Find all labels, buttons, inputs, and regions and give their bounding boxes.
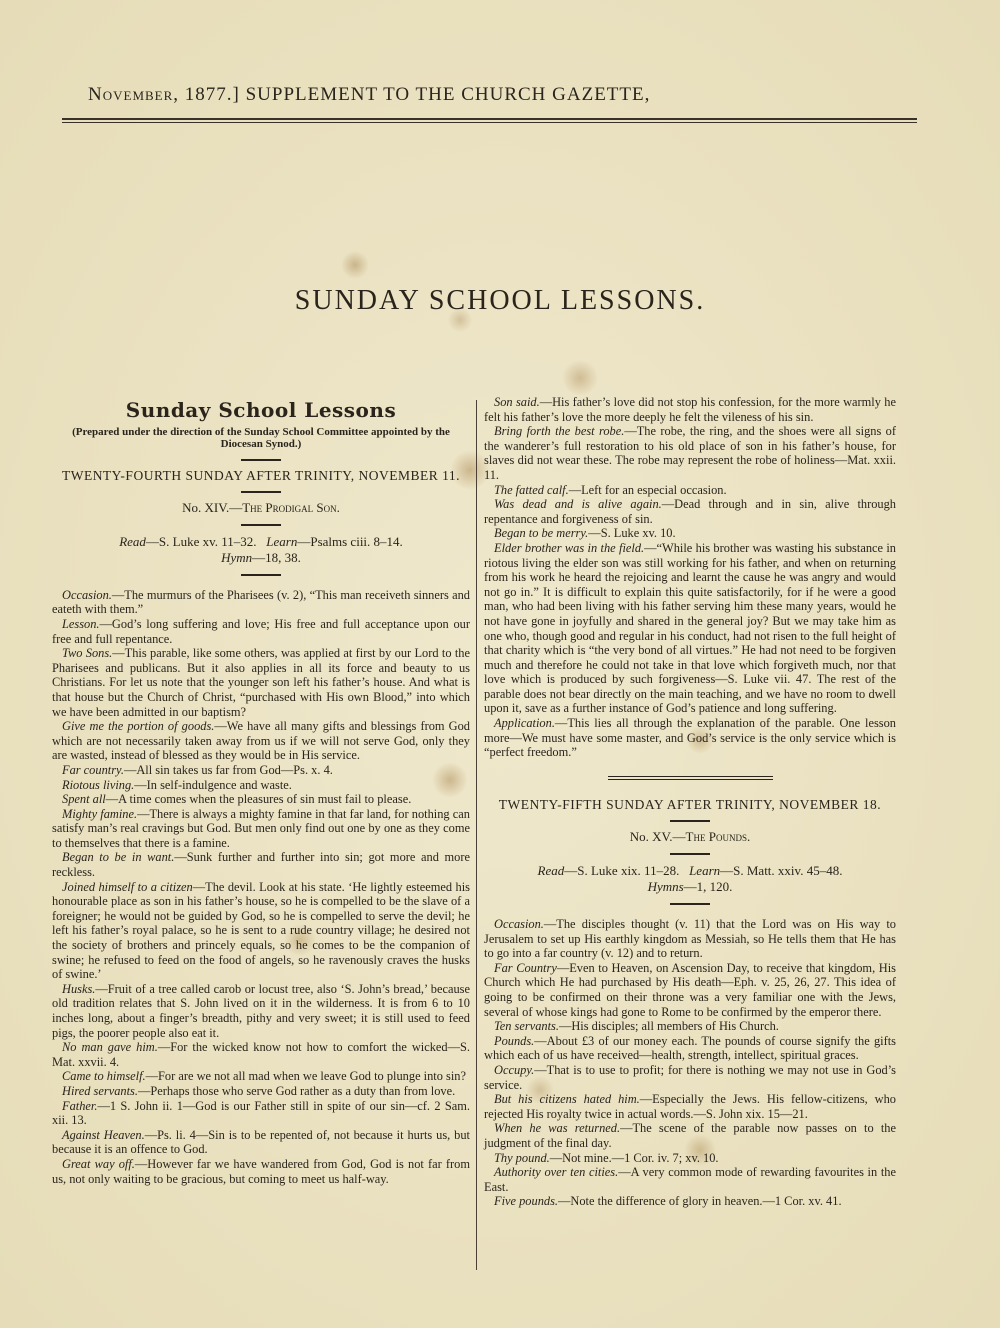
divider-rule xyxy=(241,459,281,461)
sunday-heading: TWENTY-FOURTH SUNDAY AFTER TRINITY, NOVE… xyxy=(52,469,470,484)
divider-rule xyxy=(241,491,281,493)
readings: Read—S. Luke xix. 11–28. Learn—S. Matt. … xyxy=(484,863,896,895)
paragraph: Occasion.—The disciples thought (v. 11) … xyxy=(484,917,896,961)
paragraph: When he was returned.—The scene of the p… xyxy=(484,1121,896,1150)
lesson-title: The Prodigal Son. xyxy=(242,500,340,515)
masthead-title: SUPPLEMENT TO THE CHURCH GAZETTE, xyxy=(246,84,651,105)
lesson-heading: No. XV.—The Pounds. xyxy=(484,830,896,845)
paragraph: Hired servants.—Perhaps those who serve … xyxy=(52,1084,470,1099)
paragraph: Occasion.—The murmurs of the Pharisees (… xyxy=(52,588,470,617)
paragraph: But his citizens hated him.—Especially t… xyxy=(484,1092,896,1121)
paragraph: The fatted calf.—Left for an especial oc… xyxy=(484,483,896,498)
paragraph: Son said.—His father’s love did not stop… xyxy=(484,395,896,424)
prepared-note: (Prepared under the direction of the Sun… xyxy=(52,426,470,451)
learn-value: —S. Matt. xxiv. 45–48. xyxy=(720,863,842,878)
learn-label: Learn xyxy=(689,863,720,878)
divider-rule xyxy=(670,820,710,822)
masthead: November, 1877.] SUPPLEMENT TO THE CHURC… xyxy=(88,84,768,106)
hymn-value: —1, 120. xyxy=(684,879,733,894)
right-column: Son said.—His father’s love did not stop… xyxy=(484,395,896,1209)
divider-rule xyxy=(241,574,281,576)
divider-rule xyxy=(670,853,710,855)
column-divider xyxy=(476,400,477,1270)
paragraph: Far Country—Even to Heaven, on Ascension… xyxy=(484,961,896,1019)
paragraph: Occupy.—That is to use to profit; for th… xyxy=(484,1063,896,1092)
paragraph: Far country.—All sin takes us far from G… xyxy=(52,763,470,778)
left-column: Sunday School Lessons (Prepared under th… xyxy=(52,395,470,1186)
paragraph: Began to be merry.—S. Luke xv. 10. xyxy=(484,526,896,541)
paragraph: Came to himself.—For are we not all mad … xyxy=(52,1069,470,1084)
divider-rule xyxy=(241,524,281,526)
paragraph: Riotous living.—In self-indulgence and w… xyxy=(52,778,470,793)
paragraph: Against Heaven.—Ps. li. 4—Sin is to be r… xyxy=(52,1128,470,1157)
paragraph: Spent all—A time comes when the pleasure… xyxy=(52,792,470,807)
read-label: Read xyxy=(538,863,565,878)
paragraph: Give me the portion of goods.—We have al… xyxy=(52,719,470,763)
masthead-date: November, 1877.] xyxy=(88,84,240,105)
hymn-value: —18, 38. xyxy=(252,550,301,565)
page-title: SUNDAY SCHOOL LESSONS. xyxy=(0,285,1000,317)
paragraph: Mighty famine.—There is always a mighty … xyxy=(52,807,470,851)
learn-label: Learn xyxy=(266,534,297,549)
paragraph: Two Sons.—This parable, like some others… xyxy=(52,646,470,719)
section-heading: Sunday School Lessons xyxy=(52,403,470,418)
lesson-number: No. XV.— xyxy=(630,829,686,844)
section-divider xyxy=(608,776,773,780)
paragraph: No man gave him.—For the wicked know not… xyxy=(52,1040,470,1069)
paragraph: Joined himself to a citizen—The devil. L… xyxy=(52,880,470,982)
paragraph: Was dead and is alive again.—Dead throug… xyxy=(484,497,896,526)
paragraph: Great way off.—However far we have wande… xyxy=(52,1157,470,1186)
paragraph: Pounds.—About £3 of our money each. The … xyxy=(484,1034,896,1063)
readings: Read—S. Luke xv. 11–32. Learn—Psalms cii… xyxy=(52,534,470,566)
lesson-heading: No. XIV.—The Prodigal Son. xyxy=(52,501,470,516)
sunday-heading: TWENTY-FIFTH SUNDAY AFTER TRINITY, NOVEM… xyxy=(484,798,896,813)
paragraph: Lesson.—God’s long suffering and love; H… xyxy=(52,617,470,646)
paragraph: Five pounds.—Note the difference of glor… xyxy=(484,1194,896,1209)
lesson-number: No. XIV.— xyxy=(182,500,242,515)
paragraph: Application.—This lies all through the e… xyxy=(484,716,896,760)
paragraph: Began to be in want.—Sunk further and fu… xyxy=(52,850,470,879)
paragraph: Thy pound.—Not mine.—1 Cor. iv. 7; xv. 1… xyxy=(484,1151,896,1166)
paragraph: Ten servants.—His disciples; all members… xyxy=(484,1019,896,1034)
paragraph: Husks.—Fruit of a tree called carob or l… xyxy=(52,982,470,1040)
hymn-label: Hymns xyxy=(648,879,684,894)
divider-rule xyxy=(670,903,710,905)
hymn-label: Hymn xyxy=(221,550,252,565)
paragraph: Authority over ten cities.—A very common… xyxy=(484,1165,896,1194)
paragraph: Elder brother was in the field.—“While h… xyxy=(484,541,896,716)
lesson-title: The Pounds. xyxy=(686,829,751,844)
paragraph: Father.—1 S. John ii. 1—God is our Fathe… xyxy=(52,1099,470,1128)
learn-value: —Psalms ciii. 8–14. xyxy=(297,534,402,549)
paragraph: Bring forth the best robe.—The robe, the… xyxy=(484,424,896,482)
read-value: —S. Luke xv. 11–32. xyxy=(146,534,257,549)
read-value: —S. Luke xix. 11–28. xyxy=(564,863,679,878)
read-label: Read xyxy=(119,534,146,549)
masthead-rule xyxy=(62,118,917,123)
